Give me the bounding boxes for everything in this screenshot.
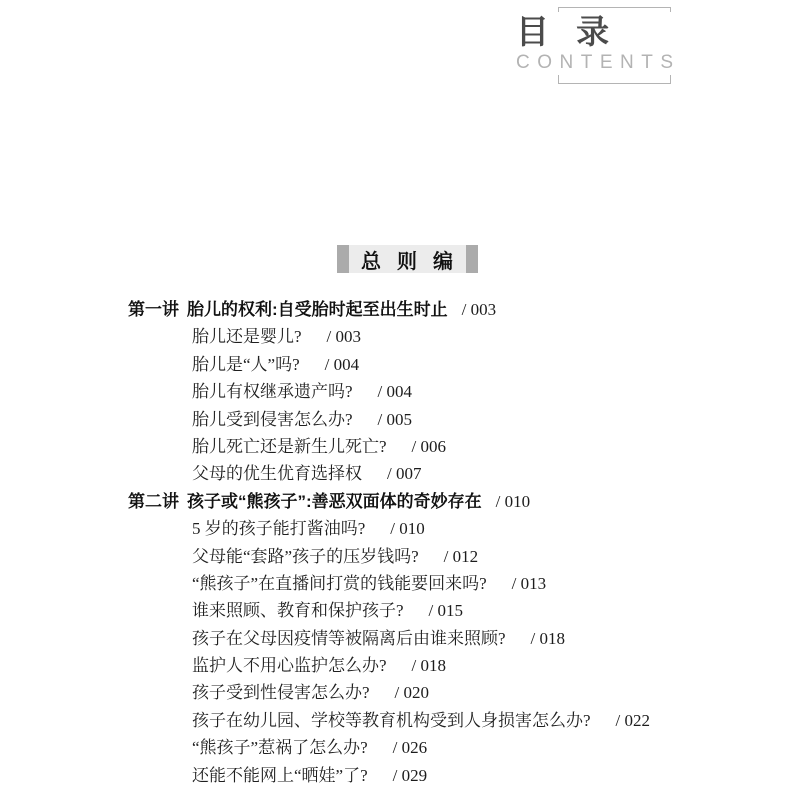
badge-left-bar xyxy=(337,245,349,273)
toc-entry-title: 还能不能网上“晒娃”了? xyxy=(192,766,368,785)
toc-chapter-row: 第一讲胎儿的权利:自受胎时起至出生时止/ 003 xyxy=(128,296,708,323)
toc-entry-page: / 018 xyxy=(412,656,446,675)
toc-entry-page: / 020 xyxy=(395,683,429,702)
toc-item-row: 还能不能网上“晒娃”了?/ 029 xyxy=(128,762,708,789)
toc-entry-page: / 004 xyxy=(378,382,412,401)
toc-entry-page: / 005 xyxy=(378,410,412,429)
toc-entry-page: / 029 xyxy=(393,766,427,785)
toc-entry-page: / 007 xyxy=(387,464,421,483)
toc-entry-title: 胎儿是“人”吗? xyxy=(192,355,300,374)
toc-entry-page: / 006 xyxy=(412,437,446,456)
page-subtitle: CONTENTS xyxy=(516,53,681,73)
badge-center: 总 则 编 xyxy=(349,245,466,273)
toc-entry-page: / 012 xyxy=(444,547,478,566)
toc-item-row: 谁来照顾、教育和保护孩子?/ 015 xyxy=(128,597,708,624)
toc-item-row: 父母的优生优育选择权/ 007 xyxy=(128,460,708,487)
toc-item-row: “熊孩子”在直播间打赏的钱能要回来吗?/ 013 xyxy=(128,570,708,597)
chapter-label: 第一讲 xyxy=(128,296,179,323)
toc-entry-title: 孩子受到性侵害怎么办? xyxy=(192,683,370,702)
toc-entry-title: 胎儿死亡还是新生儿死亡? xyxy=(192,437,387,456)
badge-right-bar xyxy=(466,245,478,273)
toc-entry-title: 孩子在父母因疫情等被隔离后由谁来照顾? xyxy=(192,629,506,648)
toc-item-row: 孩子在父母因疫情等被隔离后由谁来照顾?/ 018 xyxy=(128,625,708,652)
toc-entry-title: 5 岁的孩子能打酱油吗? xyxy=(192,519,365,538)
toc-item-row: “熊孩子”惹祸了怎么办?/ 026 xyxy=(128,734,708,761)
toc-entry-title: “熊孩子”惹祸了怎么办? xyxy=(192,738,368,757)
toc-entry-page: / 015 xyxy=(429,601,463,620)
toc-item-row: 父母能“套路”孩子的压岁钱吗?/ 012 xyxy=(128,543,708,570)
toc-entry-page: / 018 xyxy=(531,629,565,648)
toc-list: 第一讲胎儿的权利:自受胎时起至出生时止/ 003胎儿还是婴儿?/ 003胎儿是“… xyxy=(128,296,708,789)
toc-entry-title: 孩子在幼儿园、学校等教育机构受到人身损害怎么办? xyxy=(192,711,591,730)
toc-entry-page: / 003 xyxy=(327,327,361,346)
toc-item-row: 孩子受到性侵害怎么办?/ 020 xyxy=(128,679,708,706)
toc-entry-title: 胎儿有权继承遗产吗? xyxy=(192,382,353,401)
toc-item-row: 胎儿是“人”吗?/ 004 xyxy=(128,351,708,378)
toc-item-row: 胎儿有权继承遗产吗?/ 004 xyxy=(128,378,708,405)
toc-item-row: 胎儿还是婴儿?/ 003 xyxy=(128,323,708,350)
toc-entry-page: / 010 xyxy=(496,492,530,511)
toc-entry-page: / 013 xyxy=(512,574,546,593)
toc-entry-title: 父母的优生优育选择权 xyxy=(192,464,362,483)
toc-entry-page: / 003 xyxy=(462,300,496,319)
section-badge-label: 总 则 编 xyxy=(361,245,454,274)
toc-entry-title: “熊孩子”在直播间打赏的钱能要回来吗? xyxy=(192,574,487,593)
toc-chapter-row: 第二讲孩子或“熊孩子”:善恶双面体的奇妙存在/ 010 xyxy=(128,488,708,515)
toc-item-row: 胎儿受到侵害怎么办?/ 005 xyxy=(128,406,708,433)
toc-entry-title: 监护人不用心监护怎么办? xyxy=(192,656,387,675)
toc-entry-page: / 010 xyxy=(390,519,424,538)
page-header: 目 录 CONTENTS xyxy=(512,12,687,75)
toc-entry-page: / 004 xyxy=(325,355,359,374)
chapter-label: 第二讲 xyxy=(128,488,179,515)
toc-entry-title: 孩子或“熊孩子”:善恶双面体的奇妙存在 xyxy=(187,492,482,511)
toc-entry-page: / 022 xyxy=(616,711,650,730)
toc-item-row: 孩子在幼儿园、学校等教育机构受到人身损害怎么办?/ 022 xyxy=(128,707,708,734)
toc-entry-title: 胎儿的权利:自受胎时起至出生时止 xyxy=(187,300,448,319)
toc-entry-title: 父母能“套路”孩子的压岁钱吗? xyxy=(192,547,419,566)
toc-entry-page: / 026 xyxy=(393,738,427,757)
toc-item-row: 胎儿死亡还是新生儿死亡?/ 006 xyxy=(128,433,708,460)
toc-entry-title: 谁来照顾、教育和保护孩子? xyxy=(192,601,404,620)
toc-entry-title: 胎儿还是婴儿? xyxy=(192,327,302,346)
page-title: 目 录 xyxy=(516,14,681,50)
toc-item-row: 监护人不用心监护怎么办?/ 018 xyxy=(128,652,708,679)
toc-entry-title: 胎儿受到侵害怎么办? xyxy=(192,410,353,429)
toc-item-row: 5 岁的孩子能打酱油吗?/ 010 xyxy=(128,515,708,542)
section-badge: 总 则 编 xyxy=(337,245,478,273)
